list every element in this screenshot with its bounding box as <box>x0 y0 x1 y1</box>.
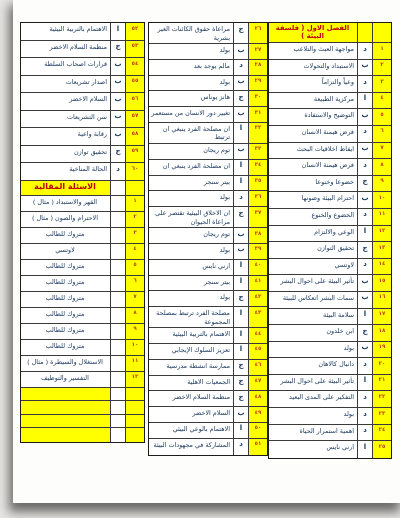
answer-letter-cell: د <box>358 425 373 441</box>
answer-letter-cell: ا <box>358 441 373 458</box>
answer-row: ٥٠االاهتمام بالوعي البيئي <box>149 423 267 439</box>
answer-row: ٣٦دبولد <box>149 191 267 207</box>
question-number-cell: ٤١ <box>249 276 267 291</box>
answer-text-cell <box>21 388 111 401</box>
essay-answer-row: ٧متروك للطالب <box>21 292 144 308</box>
question-number-cell: ٥٣ <box>126 41 144 58</box>
answer-row: ٤٣امصلحة الفرد ترتبط بمصلحة المجموعة <box>149 307 267 328</box>
essay-answer-row: ١٢التفسير والتوظيف <box>21 372 144 388</box>
answer-text-cell: بولد <box>269 408 358 424</box>
question-number-cell: ٢٩ <box>249 76 267 91</box>
empty-row <box>21 401 144 415</box>
answer-text-cell: ابن خلدون <box>269 325 358 341</box>
answer-text-cell: الاحترام والصون ( مثال ) <box>21 212 111 227</box>
answer-letter-cell <box>111 244 126 259</box>
answer-letter-cell: ا <box>234 276 249 291</box>
essay-answer-row: ٩متروك للطالب <box>21 324 144 340</box>
question-number-cell: ٨ <box>373 159 391 175</box>
answer-text-cell: تأثير البيئة على احوال البشر <box>269 375 358 391</box>
answer-text-cell: مالم يوجد بعد <box>149 60 234 75</box>
question-number-cell: ٤٦ <box>249 360 267 375</box>
answer-letter-cell: ب <box>111 76 126 93</box>
question-number-cell: ٢٨ <box>249 60 267 75</box>
answer-letter-cell: د <box>358 159 373 175</box>
answer-row: ٤٩بالسلام الاخضر <box>149 407 267 423</box>
answer-letter-cell: ا <box>358 93 373 109</box>
answer-row: ٣٨بتوم ريجان <box>149 228 267 244</box>
answer-letter-cell: ا <box>358 309 373 325</box>
answer-text-cell: رقابة واعية <box>21 128 111 145</box>
question-number-cell: ١٨ <box>373 325 391 341</box>
answer-text-cell: مصلحة الفرد ترتبط بمصلحة المجموعة <box>149 307 234 327</box>
answer-row: ١٥بتأثير البيئة على احوال البشر <box>269 275 391 292</box>
answer-letter-cell: د <box>234 60 249 75</box>
answer-text-cell: الاهتمام بالوعي البيئي <box>149 423 234 438</box>
answer-letter-cell: د <box>234 191 249 206</box>
answer-text-cell: ان مصلحة الفرد ينبغي ان <box>149 160 234 175</box>
answer-row: ٥٤بقرارات اصحاب السلطة <box>21 58 144 76</box>
question-number-cell: ٢٧ <box>249 44 267 59</box>
answer-text-cell: تعزيز السلوك الإيجابي <box>149 344 234 359</box>
answer-text-cell: ارني نايس <box>149 260 234 275</box>
answer-letter-cell: ا <box>111 23 126 40</box>
answer-letter-cell <box>111 308 126 323</box>
answer-row: ١٢االوعي والالتزام <box>269 226 391 243</box>
essay-section-title: الاسئلة المقالية <box>21 181 111 195</box>
answer-text-cell: متروك للطالب <box>21 260 111 275</box>
answer-letter-cell <box>111 196 126 211</box>
answer-letter-cell: ا <box>234 160 249 175</box>
answer-text-cell: التفكير على المدى البعيد <box>269 391 358 407</box>
question-number-cell: ٥٠ <box>249 423 267 438</box>
answer-row: ١٧اسلامة البيئة <box>269 309 391 326</box>
answer-text-cell: متروك للطالب <box>21 324 111 339</box>
answer-letter-cell: د <box>358 76 373 92</box>
answer-text-cell: تحقيق توازن <box>21 146 111 163</box>
question-number-cell <box>126 428 144 442</box>
answer-letter-cell: ج <box>234 23 249 43</box>
empty-row <box>21 428 144 442</box>
answer-letter-cell: ب <box>358 109 373 125</box>
answer-text-cell: ايقاظ اخلاقيات البحث <box>269 143 358 159</box>
answer-letter-cell: ب <box>358 60 373 76</box>
answer-letter-cell: د <box>358 408 373 424</box>
answer-text-cell: قرارات اصحاب السلطة <box>21 58 111 75</box>
answer-row: ٢٥اارني نايس <box>269 441 391 458</box>
answer-text-cell: سلامة البيئة <box>269 309 358 325</box>
answer-row: ٣٠جهانز يوناس <box>149 91 267 107</box>
header-letter-cell <box>111 181 126 195</box>
question-number-cell: ٣٨ <box>249 228 267 243</box>
answer-letter-cell <box>111 415 126 428</box>
question-number-cell: ٢٦ <box>249 23 267 43</box>
answer-text-cell: متروك للطالب <box>21 276 111 291</box>
answer-row: ٨دفرض هيمنة الانسان <box>269 159 391 176</box>
question-number-cell: ٤ <box>126 244 144 259</box>
question-number-cell: ٥٦ <box>126 93 144 110</box>
answer-letter-cell: ج <box>358 325 373 341</box>
answer-letter-cell: ج <box>111 41 126 58</box>
question-number-cell: ١٢ <box>373 226 391 242</box>
answer-letter-cell: ج <box>234 376 249 391</box>
question-number-cell: ٣٢ <box>249 123 267 143</box>
question-number-cell: ٤٠ <box>249 260 267 275</box>
question-number-cell: ١ <box>126 196 144 211</box>
answer-text-cell: التوضيح والاستفادة <box>269 109 358 125</box>
answer-letter-cell: د <box>234 439 249 455</box>
empty-row <box>21 388 144 402</box>
answer-letter-cell: د <box>358 259 373 275</box>
answer-row: ٢٢دالتفكير على المدى البعيد <box>269 391 391 408</box>
question-number-cell: ٥٧ <box>126 111 144 128</box>
answer-letter-cell: ب <box>111 93 126 110</box>
answer-row: ١٩ببولد <box>269 342 391 359</box>
answer-row: ٣١بتغيير دور الانسان من مستعمر <box>149 107 267 123</box>
question-number-cell: ٥ <box>126 260 144 275</box>
answer-text-cell: المشاركة في مجهودات البيئة <box>149 439 234 455</box>
answer-row: ٤٢جبولد <box>149 291 267 307</box>
answer-row: ٤امركزية الطبيعة <box>269 93 391 110</box>
answer-text-cell: اصدار تشريعات <box>21 76 111 93</box>
answer-letter-cell: د <box>358 126 373 142</box>
answer-text-cell: مواجهة العبث والتلاعب <box>269 43 358 59</box>
answer-text-cell: متروك للطالب <box>21 228 111 243</box>
answer-letter-cell <box>111 340 126 355</box>
answer-letter-cell: ا <box>234 123 249 143</box>
answer-letter-cell: ب <box>234 107 249 122</box>
answer-letter-cell <box>111 228 126 243</box>
answer-text-cell <box>21 415 111 428</box>
answer-text-cell: ان الاخلاق البيئية تقتصر على مراعاة الحي… <box>149 207 234 227</box>
answer-text-cell: تغيير دور الانسان من مستعمر <box>149 107 234 122</box>
answer-text-cell: سمات البشر انعكاس للبيئة <box>269 292 358 308</box>
answer-row: ٣٩ببولد <box>149 244 267 260</box>
answer-text-cell: اهمية استمرار الحياة <box>269 425 358 441</box>
answer-row: ٣٢اان مصلحة الفرد ينبغي ان ترتبط <box>149 123 267 144</box>
answer-letter-cell: ب <box>234 76 249 91</box>
answer-letter-cell <box>111 292 126 307</box>
answer-text-cell: متروك للطالب <box>21 340 111 355</box>
answer-text-cell <box>21 428 111 442</box>
question-number-cell: ٤٨ <box>249 391 267 406</box>
answer-letter-cell <box>111 388 126 401</box>
answer-text-cell: بولد <box>149 191 234 206</box>
essay-answer-row: ٢الاحترام والصون ( مثال ) <box>21 212 144 228</box>
answer-letter-cell: ج <box>234 207 249 227</box>
question-number-cell: ٢٥ <box>373 441 391 458</box>
answer-letter-cell: ب <box>234 144 249 159</box>
answer-row: ٤٥اتعزيز السلوك الإيجابي <box>149 344 267 360</box>
answer-text-cell: لاوتسي <box>269 259 358 275</box>
answer-table-left-section: ٥٢االاهتمام بالتربية البيئية٥٣جمنظمة الس… <box>20 22 145 443</box>
answer-letter-cell <box>111 401 126 414</box>
question-number-cell: ١٦ <box>373 292 391 308</box>
answer-text-cell: منظمة السلام الاخضر <box>21 41 111 58</box>
answer-letter-cell: ج <box>234 391 249 406</box>
answer-letter-cell: ب <box>234 244 249 259</box>
answer-row: ٢٣دبولد <box>269 408 391 425</box>
answer-row: ٢بالاستبداد والتحولات <box>269 60 391 77</box>
answer-text-cell: التفسير والتوظيف <box>21 372 111 387</box>
answer-text-cell: السلام الاخضر <box>149 407 234 422</box>
answer-text-cell: الاستبداد والتحولات <box>269 60 358 76</box>
answer-letter-cell: ب <box>111 128 126 145</box>
answer-text-cell <box>21 401 111 414</box>
question-number-cell: ٤٤ <box>249 328 267 343</box>
answer-text-cell: احترام البيئة وصونها <box>269 192 358 208</box>
answer-letter-cell: ب <box>358 292 373 308</box>
question-number-cell: ١٢ <box>126 372 144 387</box>
answer-row: ٧بايقاظ اخلاقيات البحث <box>269 143 391 160</box>
answer-text-cell: بولد <box>149 291 234 306</box>
answer-letter-cell: ا <box>234 423 249 438</box>
essay-answer-row: ١٠متروك للطالب <box>21 340 144 356</box>
answer-letter-cell: ا <box>234 307 249 327</box>
question-number-cell: ٧ <box>373 143 391 159</box>
answer-text-cell: الاهتمام بالتربية البيئية <box>149 328 234 343</box>
answer-row: ٥٢االاهتمام بالتربية البيئية <box>21 23 144 41</box>
header-number-cell <box>126 181 144 195</box>
question-number-cell: ٤٥ <box>249 344 267 359</box>
answer-letter-cell: ب <box>111 111 126 128</box>
answer-letter-cell <box>111 428 126 442</box>
answer-text-cell: توم ريجان <box>149 144 234 159</box>
question-number-cell: ٦ <box>373 126 391 142</box>
answer-letter-cell: ا <box>234 344 249 359</box>
question-number-cell: ٢٣ <box>373 408 391 424</box>
question-number-cell: ٢ <box>126 212 144 227</box>
answer-letter-cell: ج <box>234 360 249 375</box>
answer-text-cell: خضوعا وخنوعا <box>269 176 358 192</box>
answer-row: ١دمواجهة العبث والتلاعب <box>269 43 391 60</box>
answer-row: ٥٧بسن التشريعات <box>21 111 144 129</box>
answer-text-cell: تأثير البيئة على احوال البشر <box>269 275 358 291</box>
question-number-cell: ١٩ <box>373 342 391 358</box>
header-letter-cell <box>358 23 373 42</box>
answer-row: ٩جخضوعا وخنوعا <box>269 176 391 193</box>
answer-row: ٤١ابيتر سنجر <box>149 276 267 292</box>
essay-answer-row: ١القهر والاستبداد ( مثال ) <box>21 196 144 212</box>
answer-row: ٢٠ددانيال كالاهان <box>269 358 391 375</box>
answer-row: ٣٥ابيتر سنجر <box>149 176 267 192</box>
answer-letter-cell <box>111 212 126 227</box>
answer-text-cell: فرض هيمنة الانسان <box>269 159 358 175</box>
answer-letter-cell: ا <box>358 226 373 242</box>
answer-row: ٥٥باصدار تشريعات <box>21 76 144 94</box>
answer-letter-cell: ب <box>358 275 373 291</box>
scanned-answer-key: { "document": { "chapter_header": "الفصل… <box>0 0 400 518</box>
question-number-cell: ٣٤ <box>249 160 267 175</box>
answer-text-cell: ان مصلحة الفرد ينبغي ان ترتبط <box>149 123 234 143</box>
question-number-cell: ٩ <box>373 176 391 192</box>
question-number-cell: ٣٦ <box>249 191 267 206</box>
answer-text-cell: وعياً والتزاماً <box>269 76 358 92</box>
answer-letter-cell: ب <box>358 192 373 208</box>
question-number-cell: ٥٥ <box>126 76 144 93</box>
essay-section-header-row: الاسئلة المقالية <box>21 181 144 196</box>
question-number-cell: ٣٥ <box>249 176 267 191</box>
question-number-cell: ٥٨ <box>126 128 144 145</box>
answer-text-cell: بولد <box>149 76 234 91</box>
chapter-title: الفصل الاول ( فلسفة البيئة ) <box>269 23 358 42</box>
answer-row: ٥٦بالسلام الاخضر <box>21 93 144 111</box>
answer-row: ١٤دلاوتسي <box>269 259 391 276</box>
answer-letter-cell: ا <box>358 375 373 391</box>
question-number-cell: ٢ <box>373 60 391 76</box>
empty-row <box>21 415 144 429</box>
essay-answer-row: ٨متروك للطالب <box>21 308 144 324</box>
answer-table-middle-section: ٢٦جمراعاة حقوق الكائنات الغير بشرية٢٧ببو… <box>148 22 268 456</box>
question-number-cell: ٢٢ <box>373 391 391 407</box>
answer-row: ٢٨دمالم يوجد بعد <box>149 60 267 76</box>
answer-table-right-section: الفصل الاول ( فلسفة البيئة ) ١دمواجهة ال… <box>268 22 392 459</box>
essay-answer-row: ٥متروك للطالب <box>21 260 144 276</box>
essay-answer-row: ٣متروك للطالب <box>21 228 144 244</box>
answer-text-cell: منظمة السلام الاخضر <box>149 391 234 406</box>
question-number-cell: ٢٤ <box>373 425 391 441</box>
question-number-cell: ٨ <box>126 308 144 323</box>
answer-text-cell: سن التشريعات <box>21 111 111 128</box>
answer-letter-cell <box>111 276 126 291</box>
question-number-cell: ٤ <box>373 93 391 109</box>
question-number-cell: ٤٢ <box>249 291 267 306</box>
answer-row: ١٣جتحقيق التوازن <box>269 242 391 259</box>
answer-text-cell: دانيال كالاهان <box>269 358 358 374</box>
answer-letter-cell: د <box>358 209 373 225</box>
question-number-cell: ٢٠ <box>373 358 391 374</box>
answer-text-cell: الحالة المناخية <box>21 163 111 180</box>
answer-row: ١٨جابن خلدون <box>269 325 391 342</box>
question-number-cell: ٤٩ <box>249 407 267 422</box>
answer-letter-cell: ا <box>234 176 249 191</box>
answer-row: ٤٠اارني نايس <box>149 260 267 276</box>
answer-text-cell: هانز يوناس <box>149 91 234 106</box>
answer-row: ٤٧جالجمعيات الاهلية <box>149 376 267 392</box>
question-number-cell: ١١ <box>373 209 391 225</box>
answer-row: ٤٦جممارسة انشطة مدرسية <box>149 360 267 376</box>
answer-letter-cell <box>111 324 126 339</box>
answer-letter-cell: ج <box>234 291 249 306</box>
answer-letter-cell: د <box>358 358 373 374</box>
answer-text-cell: الخضوع والخنوع <box>269 209 358 225</box>
question-number-cell: ٣٩ <box>249 244 267 259</box>
answer-text-cell: الاهتمام بالتربية البيئية <box>21 23 111 40</box>
answer-row: ٣دوعياً والتزاماً <box>269 76 391 93</box>
answer-letter-cell: ب <box>234 44 249 59</box>
answer-text-cell: مركزية الطبيعة <box>269 93 358 109</box>
answer-letter-cell: ب <box>358 342 373 358</box>
answer-text-cell: القهر والاستبداد ( مثال ) <box>21 196 111 211</box>
question-number-cell: ٤٣ <box>249 307 267 327</box>
question-number-cell <box>126 415 144 428</box>
essay-answer-row: ١١الاستغلال والسيطرة ( مثال ) <box>21 356 144 372</box>
answer-letter-cell <box>111 260 126 275</box>
answer-text-cell: بولد <box>149 44 234 59</box>
answer-row: ٥بالتوضيح والاستفادة <box>269 109 391 126</box>
answer-letter-cell: ب <box>234 407 249 422</box>
question-number-cell: ٥٤ <box>126 58 144 75</box>
question-number-cell: ٥٩ <box>126 146 144 163</box>
answer-row: ١٦بسمات البشر انعكاس للبيئة <box>269 292 391 309</box>
header-number-cell <box>373 23 391 42</box>
question-number-cell: ١١ <box>126 356 144 371</box>
question-number-cell: ٢١ <box>373 375 391 391</box>
question-number-cell: ٦٠ <box>126 163 144 180</box>
answer-row: ٢٩ببولد <box>149 76 267 92</box>
essay-answer-row: ٤لاوتسي <box>21 244 144 260</box>
question-number-cell: ٣ <box>373 76 391 92</box>
answer-text-cell: متروك للطالب <box>21 292 111 307</box>
question-number-cell: ٤٧ <box>249 376 267 391</box>
chapter-header-row: الفصل الاول ( فلسفة البيئة ) <box>269 23 391 43</box>
answer-letter-cell: ب <box>358 143 373 159</box>
answer-row: ١٠باحترام البيئة وصونها <box>269 192 391 209</box>
question-number-cell: ١٣ <box>373 242 391 258</box>
question-number-cell: ٥٢ <box>126 23 144 40</box>
answer-row: ٥٨برقابة واعية <box>21 128 144 146</box>
question-number-cell: ٧ <box>126 292 144 307</box>
answer-row: ٥٣جمنظمة السلام الاخضر <box>21 41 144 59</box>
answer-letter-cell: ا <box>234 328 249 343</box>
essay-answer-row: ٦متروك للطالب <box>21 276 144 292</box>
question-number-cell: ٣ <box>126 228 144 243</box>
answer-text-cell: بولد <box>149 244 234 259</box>
answer-row: ٢١اتأثير البيئة على احوال البشر <box>269 375 391 392</box>
answer-letter-cell: د <box>111 163 126 180</box>
question-number-cell: ٩ <box>126 324 144 339</box>
answer-text-cell: بيتر سنجر <box>149 276 234 291</box>
answer-row: ٥٩جتحقيق توازن <box>21 146 144 164</box>
answer-text-cell: السلام الاخضر <box>21 93 111 110</box>
answer-text-cell: الوعي والالتزام <box>269 226 358 242</box>
answer-row: ٦٠دالحالة المناخية <box>21 163 144 181</box>
answer-text-cell: بيتر سنجر <box>149 176 234 191</box>
answer-letter-cell: ج <box>358 176 373 192</box>
question-number-cell: ١٥ <box>373 275 391 291</box>
answer-row: ٤٤االاهتمام بالتربية البيئية <box>149 328 267 344</box>
answer-row: ١١دالخضوع والخنوع <box>269 209 391 226</box>
answer-row: ٥١دالمشاركة في مجهودات البيئة <box>149 439 267 455</box>
question-number-cell: ٣٠ <box>249 91 267 106</box>
answer-row: ٤٨جمنظمة السلام الاخضر <box>149 391 267 407</box>
answer-text-cell: متروك للطالب <box>21 308 111 323</box>
answer-row: ٢٦جمراعاة حقوق الكائنات الغير بشرية <box>149 23 267 44</box>
answer-letter-cell: د <box>358 391 373 407</box>
answer-text-cell: الاستغلال والسيطرة ( مثال ) <box>21 356 111 371</box>
answer-text-cell: مراعاة حقوق الكائنات الغير بشرية <box>149 23 234 43</box>
answer-text-cell: لاوتسي <box>21 244 111 259</box>
question-number-cell: ١٠ <box>126 340 144 355</box>
answer-text-cell: توم ريجان <box>149 228 234 243</box>
answer-letter-cell <box>111 356 126 371</box>
answer-text-cell: تحقيق التوازن <box>269 242 358 258</box>
question-number-cell: ١ <box>373 43 391 59</box>
answer-letter-cell: ا <box>234 260 249 275</box>
answer-letter-cell <box>111 372 126 387</box>
answer-letter-cell: د <box>358 43 373 59</box>
question-number-cell <box>126 401 144 414</box>
question-number-cell: ١٤ <box>373 259 391 275</box>
answer-text-cell: فرض هيمنة الانسان <box>269 126 358 142</box>
question-number-cell: ٥ <box>373 109 391 125</box>
answer-row: ٢٧ببولد <box>149 44 267 60</box>
answer-letter-cell: ج <box>358 242 373 258</box>
question-number-cell: ٣٧ <box>249 207 267 227</box>
answer-row: ٣٤اان مصلحة الفرد ينبغي ان <box>149 160 267 176</box>
answer-text-cell: بولد <box>269 342 358 358</box>
answer-text-cell: الجمعيات الاهلية <box>149 376 234 391</box>
question-number-cell: ١٧ <box>373 309 391 325</box>
